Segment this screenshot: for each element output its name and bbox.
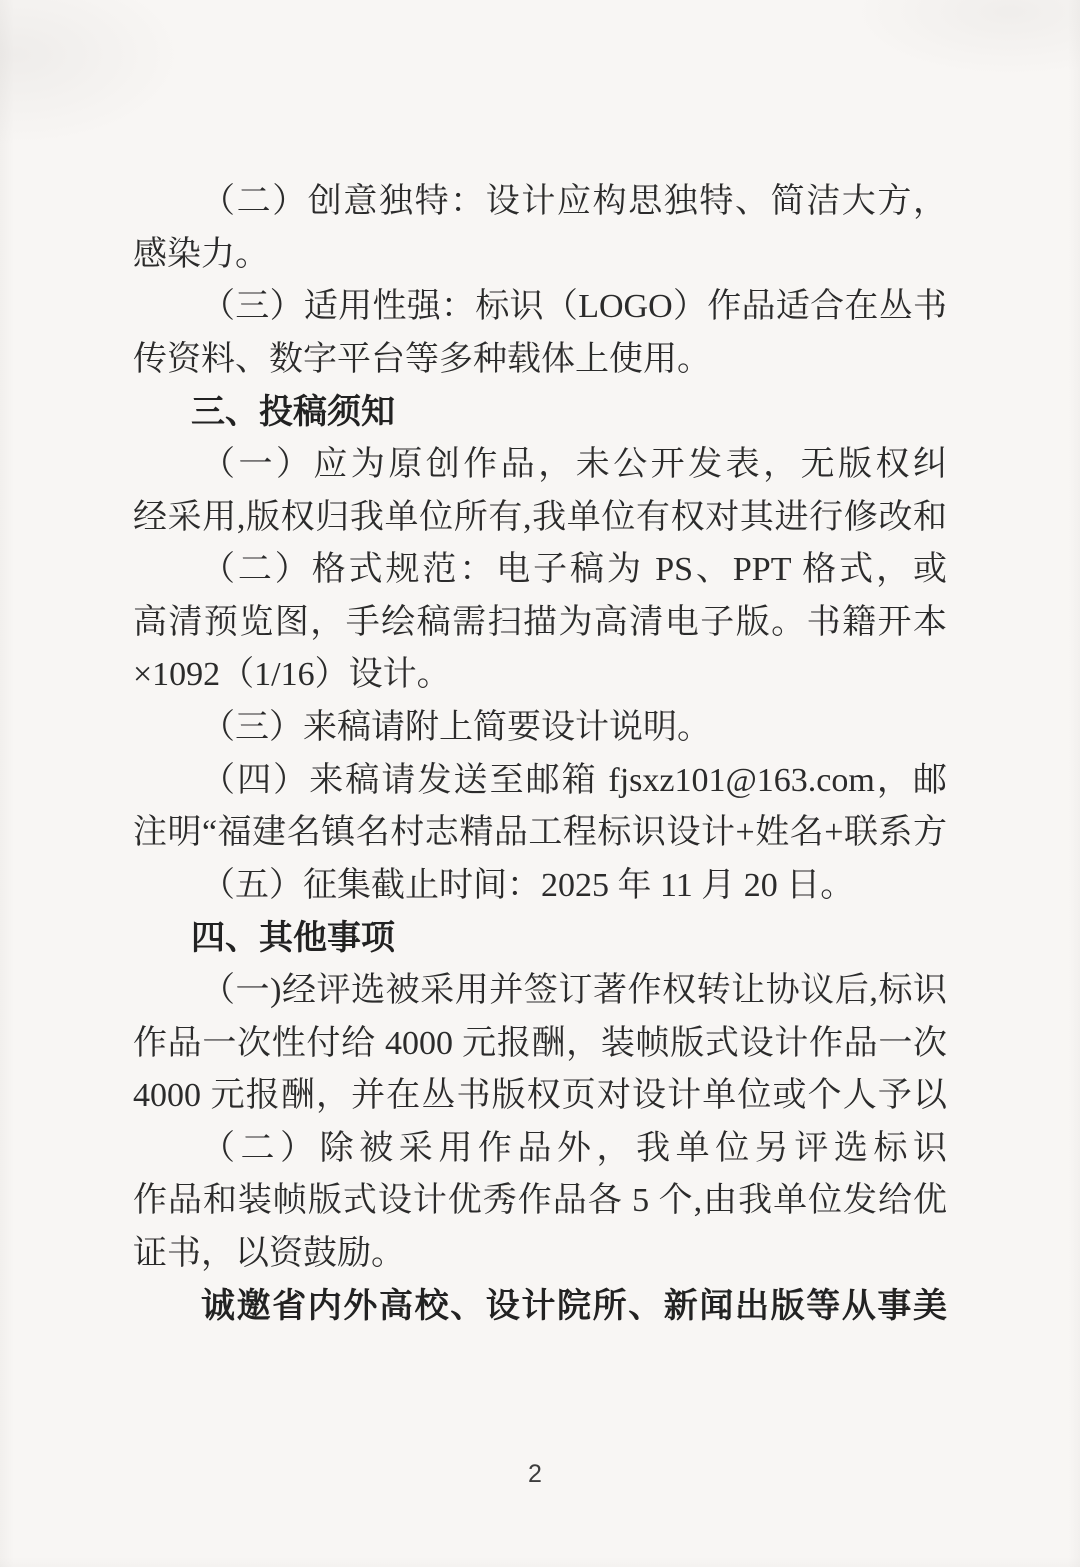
text-line: 4000 元报酬，并在丛书版权页对设计单位或个人予以署名。 — [133, 1070, 947, 1123]
text-line: 诚邀省内外高校、设计院所、新闻出版等从事美术设计的 — [133, 1280, 947, 1333]
text-line: （四）来稿请发送至邮箱 fjsxz101@163.com，邮件标题 — [133, 755, 947, 808]
text-line: 高清预览图，手绘稿需扫描为高清电子版。书籍开本请按 787 — [133, 597, 947, 650]
text-line: 证书，以资鼓励。 — [133, 1228, 947, 1281]
document-page: （二）创意独特：设计应构思独特、简洁大方，富有艺术感染力。（三）适用性强：标识（… — [0, 0, 1080, 1567]
text-line: （二）除被采用作品外，我单位另评选标识（LOGO）优秀 — [133, 1123, 947, 1176]
document-body: （二）创意独特：设计应构思独特、简洁大方，富有艺术感染力。（三）适用性强：标识（… — [133, 176, 947, 1333]
text-line: （一）应为原创作品，未公开发表，无版权纠纷。作品一 — [133, 439, 947, 492]
text-line: 作品一次性付给 4000 元报酬，装帧版式设计作品一次性付给 — [133, 1018, 947, 1071]
text-line: 注明“福建名镇名村志精品工程标识设计+姓名+联系方式”。 — [133, 807, 947, 860]
text-line: 四、其他事项 — [133, 912, 947, 965]
text-line: （三）适用性强：标识（LOGO）作品适合在丛书标识、宣 — [133, 281, 947, 334]
text-line: （五）征集截止时间：2025 年 11 月 20 日。 — [133, 860, 947, 913]
text-line: 三、投稿须知 — [133, 386, 947, 439]
text-line: 经采用,版权归我单位所有,我单位有权对其进行修改和利用。 — [133, 492, 947, 545]
text-line: （二）格式规范：电子稿为 PS、PPT 格式，或 JPG、PNG — [133, 544, 947, 597]
text-line: 作品和装帧版式设计优秀作品各 5 个,由我单位发给优秀作品 — [133, 1175, 947, 1228]
text-line: ×1092（1/16）设计。 — [133, 649, 947, 702]
text-line: （二）创意独特：设计应构思独特、简洁大方，富有艺术 — [133, 176, 947, 229]
text-line: （一)经评选被采用并签订著作权转让协议后,标识(LOGO) — [133, 965, 947, 1018]
text-line: （三）来稿请附上简要设计说明。 — [133, 702, 947, 755]
page-number: 2 — [0, 1456, 1070, 1492]
text-line: 感染力。 — [133, 229, 947, 282]
text-line: 传资料、数字平台等多种载体上使用。 — [133, 334, 947, 387]
